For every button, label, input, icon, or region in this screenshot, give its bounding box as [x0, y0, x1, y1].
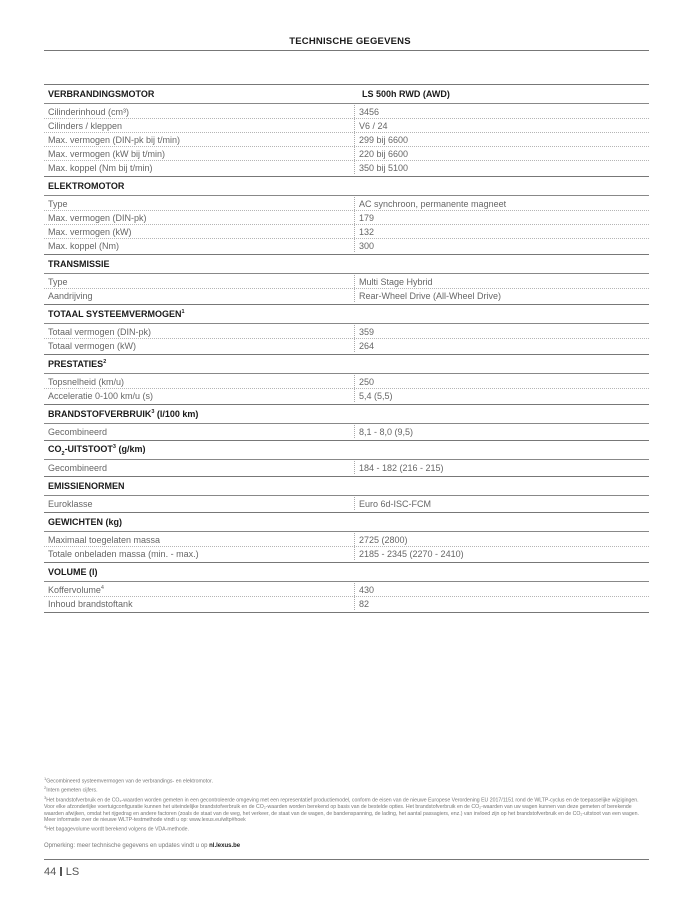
row-label: Max. koppel (Nm) [44, 241, 354, 251]
subscript: 2 [62, 450, 65, 456]
row-label: Gecombineerd [44, 463, 354, 473]
section-rows: EuroklasseEuro 6d-ISC-FCM [44, 496, 649, 512]
row-label: Maximaal toegelaten massa [44, 535, 354, 545]
footnote: 2Intern gemeten cijfers. [44, 785, 649, 794]
spec-section: CO2-UITSTOOT3 (g/km)Gecombineerd184 - 18… [44, 440, 649, 476]
column-separator [354, 275, 355, 288]
column-separator [354, 425, 355, 438]
row-label: Max. koppel (Nm bij t/min) [44, 163, 354, 173]
footnote: 3Het brandstofverbruik en de CO₂-waarden… [44, 795, 649, 824]
row-value: Multi Stage Hybrid [359, 277, 433, 287]
row-value: V6 / 24 [359, 121, 388, 131]
section-rows: Topsnelheid (km/u)250Acceleratie 0-100 k… [44, 374, 649, 404]
section-header: CO2-UITSTOOT3 (g/km) [44, 440, 649, 460]
column-separator [354, 161, 355, 174]
section-header: TOTAAL SYSTEEMVERMOGEN1 [44, 304, 649, 324]
table-row: Max. koppel (Nm bij t/min)350 bij 5100 [44, 161, 649, 174]
footnote-ref: 3 [151, 409, 154, 415]
column-separator [354, 375, 355, 388]
row-label: Aandrijving [44, 291, 354, 301]
spec-section: PRESTATIES2Topsnelheid (km/u)250Accelera… [44, 354, 649, 404]
row-label: Cilinderinhoud (cm³) [44, 107, 354, 117]
table-row: Max. vermogen (DIN-pk bij t/min)299 bij … [44, 133, 649, 147]
spec-section: EMISSIENORMENEuroklasseEuro 6d-ISC-FCM [44, 476, 649, 512]
table-row: AandrijvingRear-Wheel Drive (All-Wheel D… [44, 289, 649, 302]
footnote-ref: 1 [182, 309, 185, 315]
table-row: Max. vermogen (kW)132 [44, 225, 649, 239]
row-value: 430 [359, 585, 374, 595]
spec-section: VERBRANDINGSMOTORLS 500h RWD (AWD)Cilind… [44, 84, 649, 176]
table-row: Max. vermogen (DIN-pk)179 [44, 211, 649, 225]
table-row: Koffervolume4430 [44, 583, 649, 597]
section-rows: TypeMulti Stage HybridAandrijvingRear-Wh… [44, 274, 649, 304]
column-separator [354, 197, 355, 210]
row-label: Euroklasse [44, 499, 354, 509]
table-row: Gecombineerd184 - 182 (216 - 215) [44, 461, 649, 474]
row-value: 299 bij 6600 [359, 135, 408, 145]
column-separator [354, 461, 355, 474]
row-label: Koffervolume4 [44, 585, 354, 595]
row-value: AC synchroon, permanente magneet [359, 199, 506, 209]
table-row: Inhoud brandstoftank82 [44, 597, 649, 610]
row-label: Max. vermogen (DIN-pk) [44, 213, 354, 223]
footnote: 4Het bagagevolume wordt berekend volgens… [44, 824, 649, 833]
page-footer: 44LS [44, 866, 79, 878]
row-value: 250 [359, 377, 374, 387]
footnotes: 1Gecombineerd systeemvermogen van de ver… [44, 776, 649, 833]
table-row: Totale onbeladen massa (min. - max.)2185… [44, 547, 649, 560]
column-separator [354, 133, 355, 146]
column-separator [354, 547, 355, 560]
section-rows: Gecombineerd8,1 - 8,0 (9,5) [44, 424, 649, 440]
section-title: GEWICHTEN (kg) [44, 517, 358, 527]
row-label: Type [44, 277, 354, 287]
section-header: GEWICHTEN (kg) [44, 512, 649, 532]
column-separator [354, 147, 355, 160]
footer-separator [60, 867, 62, 876]
row-label: Topsnelheid (km/u) [44, 377, 354, 387]
column-separator [354, 225, 355, 238]
section-header: TRANSMISSIE [44, 254, 649, 274]
column-separator [354, 289, 355, 302]
table-row: EuroklasseEuro 6d-ISC-FCM [44, 497, 649, 510]
row-value: 300 [359, 241, 374, 251]
section-title: EMISSIENORMEN [44, 481, 358, 491]
row-value: 3456 [359, 107, 379, 117]
footnote-ref: 2 [103, 359, 106, 365]
remark: Opmerking: meer technische gegevens en u… [44, 843, 240, 849]
section-title: TRANSMISSIE [44, 259, 358, 269]
table-row: Topsnelheid (km/u)250 [44, 375, 649, 389]
table-row: Gecombineerd8,1 - 8,0 (9,5) [44, 425, 649, 438]
row-value: 8,1 - 8,0 (9,5) [359, 427, 413, 437]
row-value: 350 bij 5100 [359, 163, 408, 173]
section-header: ELEKTROMOTOR [44, 176, 649, 196]
page-number: 44 [44, 866, 56, 878]
section-title: BRANDSTOFVERBRUIK3 (l/100 km) [44, 409, 358, 419]
spec-section: TRANSMISSIETypeMulti Stage HybridAandrij… [44, 254, 649, 304]
table-row: Totaal vermogen (DIN-pk)359 [44, 325, 649, 339]
row-value: 2725 (2800) [359, 535, 408, 545]
row-value: 2185 - 2345 (2270 - 2410) [359, 549, 464, 559]
section-rows: Maximaal toegelaten massa2725 (2800)Tota… [44, 532, 649, 562]
section-title: VOLUME (l) [44, 567, 358, 577]
section-header: PRESTATIES2 [44, 354, 649, 374]
row-value: 220 bij 6600 [359, 149, 408, 159]
section-title: VERBRANDINGSMOTOR [44, 89, 358, 99]
row-label: Totale onbeladen massa (min. - max.) [44, 549, 354, 559]
row-value: 179 [359, 213, 374, 223]
table-row: Max. vermogen (kW bij t/min)220 bij 6600 [44, 147, 649, 161]
footnote-number: 4 [44, 824, 46, 829]
row-value: 132 [359, 227, 374, 237]
row-label: Max. vermogen (kW) [44, 227, 354, 237]
column-separator [354, 339, 355, 352]
column-separator [354, 583, 355, 596]
section-header: VERBRANDINGSMOTORLS 500h RWD (AWD) [44, 84, 649, 104]
table-row: Cilinderinhoud (cm³)3456 [44, 105, 649, 119]
model-column-header: LS 500h RWD (AWD) [358, 89, 450, 99]
model-name: LS [66, 866, 79, 878]
spec-section: BRANDSTOFVERBRUIK3 (l/100 km)Gecombineer… [44, 404, 649, 440]
table-row: Acceleratie 0-100 km/u (s)5,4 (5,5) [44, 389, 649, 402]
spec-table: VERBRANDINGSMOTORLS 500h RWD (AWD)Cilind… [44, 84, 649, 613]
remark-text: Opmerking: meer technische gegevens en u… [44, 843, 209, 849]
column-separator [354, 105, 355, 118]
section-rows: TypeAC synchroon, permanente magneetMax.… [44, 196, 649, 254]
row-value: 82 [359, 599, 369, 609]
footnote-number: 2 [44, 785, 46, 790]
table-row: TypeAC synchroon, permanente magneet [44, 197, 649, 211]
section-rows: Gecombineerd184 - 182 (216 - 215) [44, 460, 649, 476]
table-row: Maximaal toegelaten massa2725 (2800) [44, 533, 649, 547]
table-bottom-rule [44, 612, 649, 613]
section-rows: Totaal vermogen (DIN-pk)359Totaal vermog… [44, 324, 649, 354]
row-label: Inhoud brandstoftank [44, 599, 354, 609]
column-separator [354, 325, 355, 338]
table-row: Totaal vermogen (kW)264 [44, 339, 649, 352]
table-row: TypeMulti Stage Hybrid [44, 275, 649, 289]
footnote-number: 1 [44, 776, 46, 781]
row-value: 5,4 (5,5) [359, 391, 393, 401]
column-separator [354, 497, 355, 510]
row-label: Gecombineerd [44, 427, 354, 437]
title-divider [44, 50, 649, 51]
column-separator [354, 533, 355, 546]
row-label: Cilinders / kleppen [44, 121, 354, 131]
footnote-ref: 4 [101, 585, 104, 591]
column-separator [354, 389, 355, 402]
section-header: EMISSIENORMEN [44, 476, 649, 496]
section-header: VOLUME (l) [44, 562, 649, 582]
spec-section: TOTAAL SYSTEEMVERMOGEN1Totaal vermogen (… [44, 304, 649, 354]
section-title: TOTAAL SYSTEEMVERMOGEN1 [44, 309, 358, 319]
section-header: BRANDSTOFVERBRUIK3 (l/100 km) [44, 404, 649, 424]
row-value: 184 - 182 (216 - 215) [359, 463, 444, 473]
footnote: 1Gecombineerd systeemvermogen van de ver… [44, 776, 649, 785]
footer-divider [44, 859, 649, 860]
row-value: 264 [359, 341, 374, 351]
table-row: Cilinders / kleppenV6 / 24 [44, 119, 649, 133]
footnote-ref: 3 [113, 444, 116, 450]
column-separator [354, 597, 355, 610]
spec-section: VOLUME (l)Koffervolume4430Inhoud brandst… [44, 562, 649, 612]
row-label: Max. vermogen (kW bij t/min) [44, 149, 354, 159]
row-label: Totaal vermogen (DIN-pk) [44, 327, 354, 337]
section-rows: Cilinderinhoud (cm³)3456Cilinders / klep… [44, 104, 649, 176]
lexus-website-link[interactable]: nl.lexus.be [209, 843, 240, 849]
table-row: Max. koppel (Nm)300 [44, 239, 649, 252]
row-label: Totaal vermogen (kW) [44, 341, 354, 351]
spec-section: GEWICHTEN (kg)Maximaal toegelaten massa2… [44, 512, 649, 562]
row-label: Max. vermogen (DIN-pk bij t/min) [44, 135, 354, 145]
row-label: Type [44, 199, 354, 209]
column-separator [354, 119, 355, 132]
row-value: 359 [359, 327, 374, 337]
section-title: CO2-UITSTOOT3 (g/km) [44, 444, 358, 457]
row-value: Euro 6d-ISC-FCM [359, 499, 431, 509]
footnote-number: 3 [44, 795, 46, 800]
row-value: Rear-Wheel Drive (All-Wheel Drive) [359, 291, 501, 301]
section-rows: Koffervolume4430Inhoud brandstoftank82 [44, 582, 649, 612]
column-separator [354, 239, 355, 252]
page-title: TECHNISCHE GEGEVENS [0, 36, 700, 47]
spec-section: ELEKTROMOTORTypeAC synchroon, permanente… [44, 176, 649, 254]
section-title: ELEKTROMOTOR [44, 181, 358, 191]
row-label: Acceleratie 0-100 km/u (s) [44, 391, 354, 401]
section-title: PRESTATIES2 [44, 359, 358, 369]
column-separator [354, 211, 355, 224]
